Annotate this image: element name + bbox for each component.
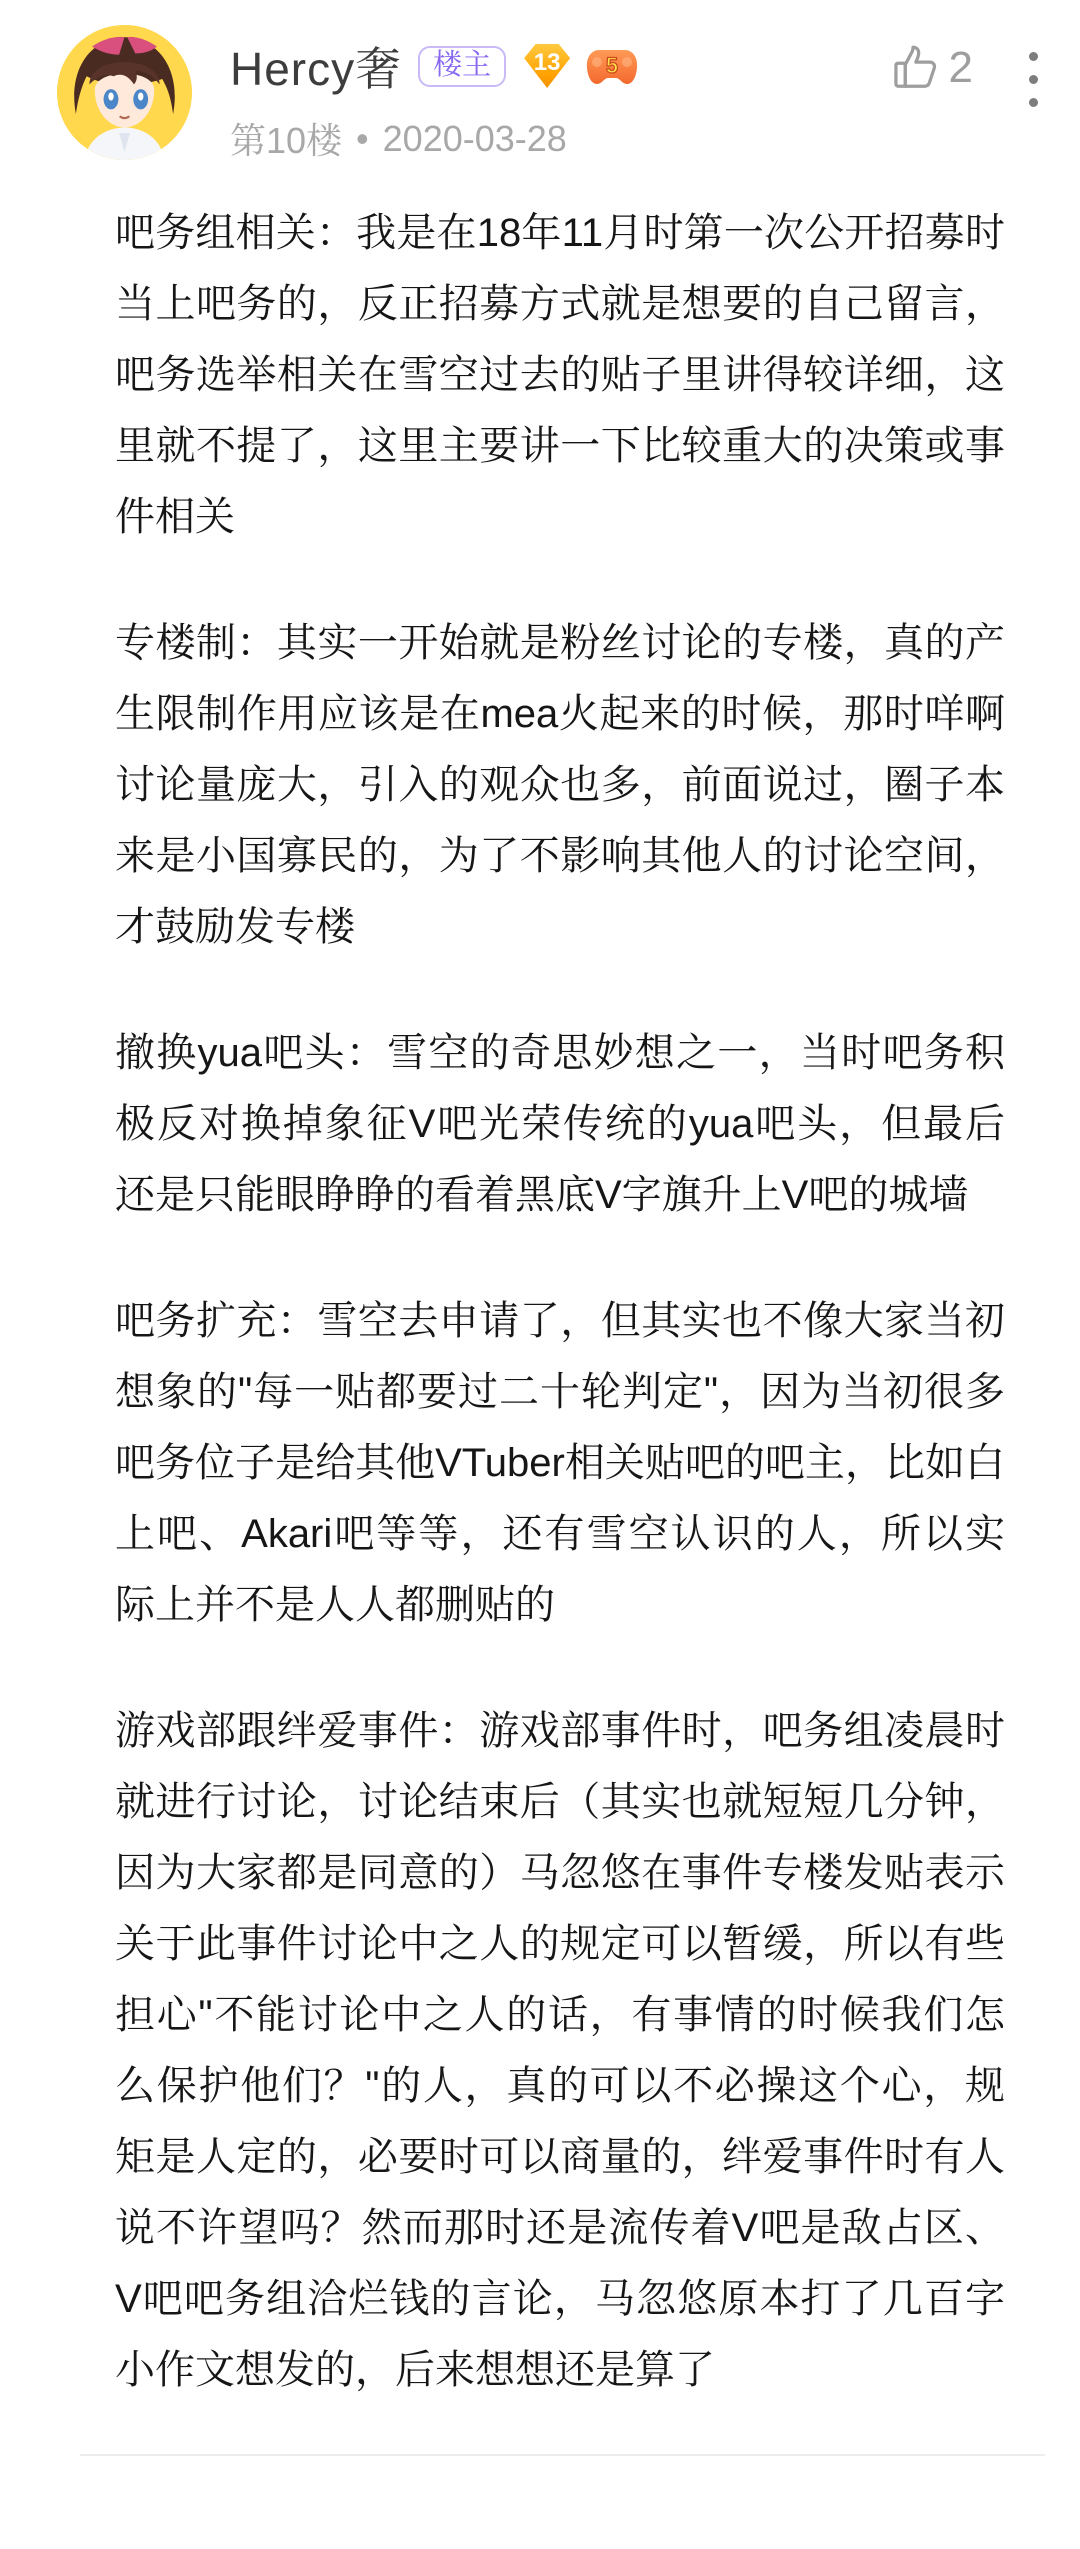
paragraph: 游戏部跟绊爱事件：游戏部事件时，吧务组凌晨时就进行讨论，讨论结束后（其实也就短短… [115, 1696, 1005, 2406]
thumbs-up-icon [889, 42, 941, 94]
op-badge: 楼主 [418, 46, 506, 87]
forum-post: Hercy奢 楼主 13 [0, 0, 1080, 2549]
paragraph: 吧务组相关：我是在18年11月时第一次公开招募时当上吧务的，反正招募方式就是想要… [115, 198, 1005, 553]
paragraph: 专楼制：其实一开始就是粉丝讨论的专楼，真的产生限制作用应该是在mea火起来的时候… [115, 608, 1005, 963]
level-badge-icon: 13 [524, 44, 570, 88]
avatar[interactable] [57, 25, 192, 160]
meta-separator: • [356, 118, 369, 160]
paragraph: 撤换yua吧头：雪空的奇思妙想之一，当时吧务积极反对换掉象征V吧光荣传统的yua… [115, 1018, 1005, 1231]
post-divider [80, 2454, 1045, 2456]
username[interactable]: Hercy奢 [230, 33, 402, 99]
gamepad-icon: 5 [586, 44, 638, 88]
avatar-image [57, 25, 192, 160]
like-button[interactable]: 2 [889, 42, 973, 94]
paragraph: 吧务扩充：雪空去申请了，但其实也不像大家当初想象的"每一贴都要过二十轮判定"，因… [115, 1286, 1005, 1641]
kebab-menu-icon[interactable] [1025, 46, 1042, 113]
svg-text:5: 5 [606, 53, 618, 78]
fan-badge-icon: 5 [586, 44, 638, 88]
like-count: 2 [949, 43, 973, 93]
post-actions: 2 [889, 42, 1042, 113]
post-meta: 第10楼 • 2020-03-28 [230, 113, 1040, 164]
floor-label: 第10楼 [230, 113, 342, 164]
post-header: Hercy奢 楼主 13 [0, 0, 1080, 160]
post-content: 吧务组相关：我是在18年11月时第一次公开招募时当上吧务的，反正招募方式就是想要… [0, 160, 1080, 2406]
level-number: 13 [534, 49, 561, 77]
post-date: 2020-03-28 [383, 118, 567, 160]
